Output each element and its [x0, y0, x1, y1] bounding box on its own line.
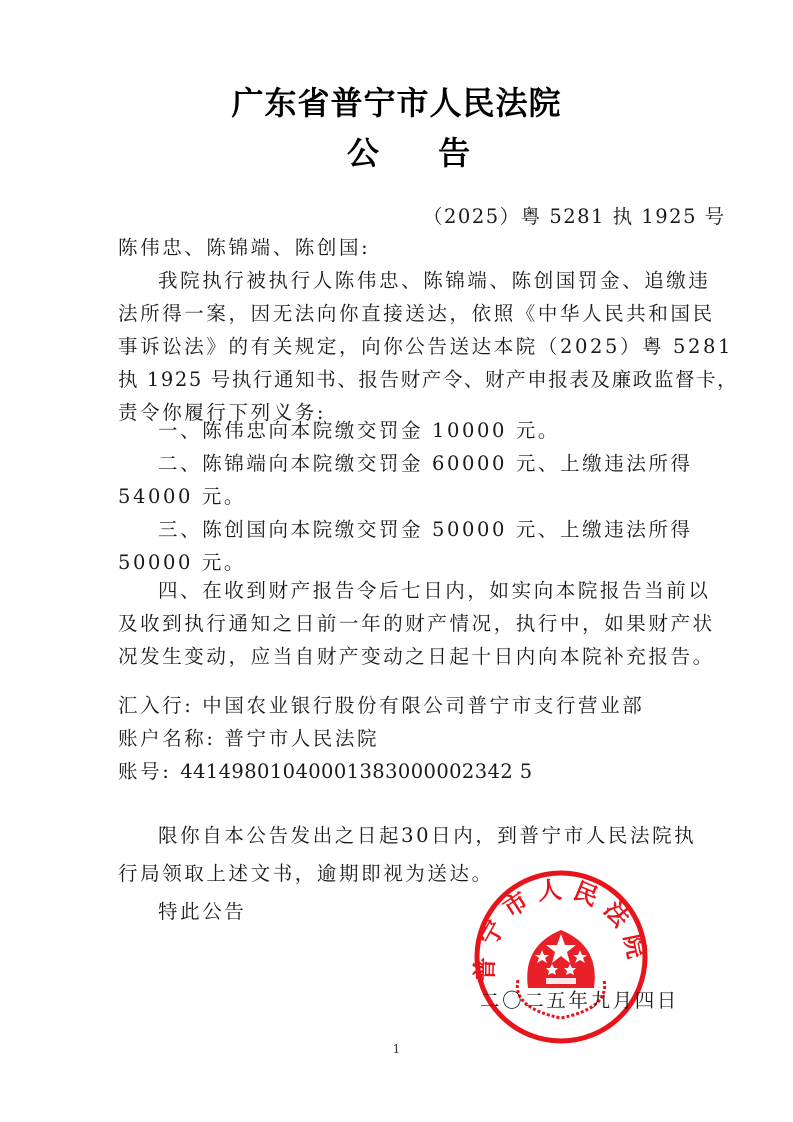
case-number: （2025）粤 5281 执 1925 号 [423, 201, 726, 229]
intro-line-3: 事诉讼法》的有关规定，向你公告送达本院（2025）粤 5281 [118, 331, 733, 359]
obligation-4-line-1: 四、在收到财产报告令后七日内，如实向本院报告当前以 [158, 575, 711, 603]
court-name-heading: 广东省普宁市人民法院 [0, 78, 793, 124]
addressees: 陈伟忠、陈锦端、陈创国: [118, 232, 370, 260]
account-name-row: 账户名称: 普宁市人民法院 [118, 723, 379, 751]
account-name-label: 账户名称: [118, 727, 216, 750]
sign-off: 特此公告 [158, 896, 246, 924]
obligation-4-line-3: 况发生变动，应当自财产变动之日起十日内向本院补充报告。 [118, 641, 715, 669]
account-number-row: 账号: 44149801040001383000002342 5 [118, 756, 533, 784]
bank-label: 汇入行: [118, 694, 193, 717]
intro-line-2: 法所得一案，因无法向你直接送达，依照《中华人民共和国民 [118, 298, 715, 326]
page-number: 1 [0, 1042, 793, 1056]
notice-title: 公 告 [0, 128, 793, 174]
obligation-3-line-1: 三、陈创国向本院缴交罚金 50000 元、上缴违法所得 [158, 514, 693, 542]
obligation-2-line-1: 二、陈锦端向本院缴交罚金 60000 元、上缴违法所得 [158, 448, 693, 476]
obligation-3-line-2: 50000 元。 [118, 547, 246, 575]
obligation-1: 一、陈伟忠向本院缴交罚金 10000 元。 [158, 415, 560, 443]
bank-value: 中国农业银行股份有限公司普宁市支行营业部 [202, 694, 644, 717]
account-number-value: 44149801040001383000002342 5 [180, 760, 532, 783]
deadline-line-2: 行局领取上述文书，逾期即视为送达。 [118, 858, 494, 886]
intro-line-4: 执 1925 号执行通知书、报告财产令、财产申报表及廉政监督卡， [118, 364, 738, 392]
account-number-label: 账号: [118, 760, 171, 783]
deadline-line-1: 限你自本公告发出之日起30日内，到普宁市人民法院执 [158, 820, 696, 848]
intro-line-1: 我院执行被执行人陈伟忠、陈锦端、陈创国罚金、追缴违 [158, 265, 711, 293]
obligation-2-line-2: 54000 元。 [118, 481, 246, 509]
issue-date: 二〇二五年九月四日 [480, 985, 679, 1013]
document-page: 广东省普宁市人民法院 公 告 （2025）粤 5281 执 1925 号 陈伟忠… [0, 0, 793, 1122]
obligation-4-line-2: 及收到执行通知之日前一年的财产情况，执行中，如果财产状 [118, 608, 715, 636]
account-name-value: 普宁市人民法院 [224, 727, 379, 750]
bank-row: 汇入行: 中国农业银行股份有限公司普宁市支行营业部 [118, 690, 644, 718]
court-seal-icon: 普宁市人民法院 [472, 868, 650, 1046]
